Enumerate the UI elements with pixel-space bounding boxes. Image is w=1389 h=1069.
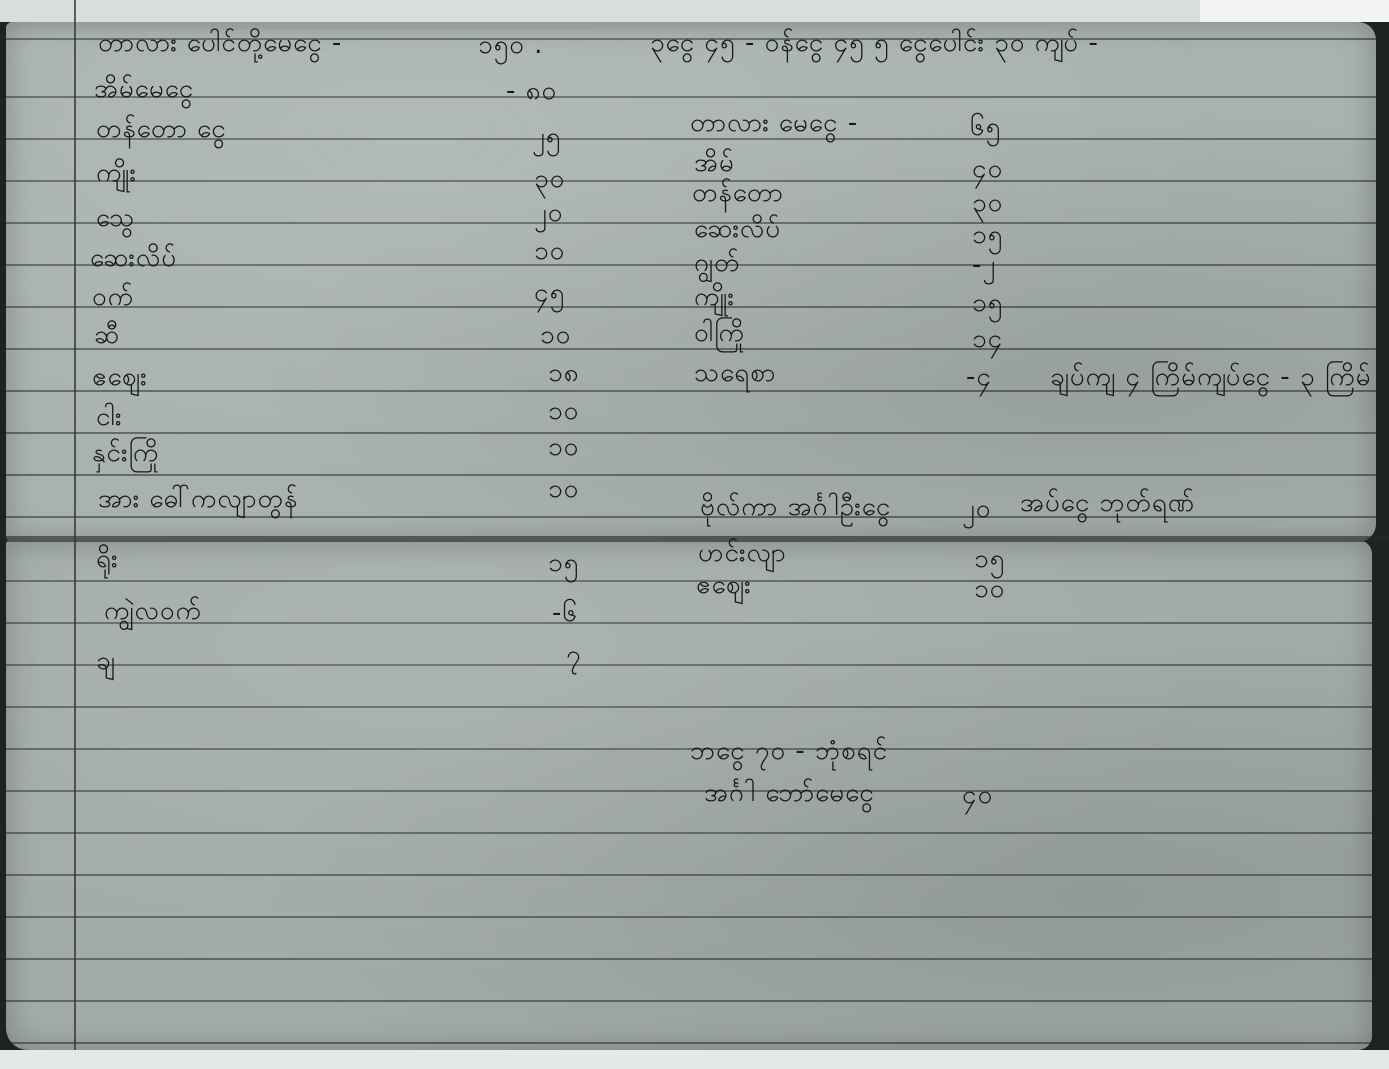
- left-item-amount: ၁၀: [548, 434, 579, 460]
- left-item-amount: ၃၀: [534, 166, 565, 192]
- manuscript-leaf-top: [6, 22, 1376, 542]
- left-item-label: ချ: [96, 648, 116, 674]
- right-lower-item-note: အပ်ငွေ ဘုတ်ရဏ်: [1020, 490, 1195, 516]
- left-item-amount: ၁၈: [548, 360, 579, 386]
- right-item-amount: -၂: [972, 252, 996, 278]
- left-item-amount: ၄၅: [534, 280, 565, 306]
- right-item-amount: ၃၀: [972, 190, 1003, 216]
- right-item-amount: ၁၅: [972, 290, 1003, 316]
- right-item-label: ဝါကြို: [694, 320, 745, 346]
- photo-bottom-edge: [0, 1050, 1389, 1069]
- left-item-amount: ၂၀: [534, 200, 563, 226]
- right-item-label: သရေစာ: [694, 360, 777, 386]
- left-item-amount: ၁၀: [548, 398, 579, 424]
- right-item-label: ဂျွတ်: [694, 250, 740, 276]
- left-item-label: ကျွဲလဝက်: [104, 598, 202, 624]
- margin-rule: [74, 0, 76, 1060]
- left-item-label: ကျိုး: [96, 160, 137, 186]
- left-item-label: သွေ: [96, 205, 135, 231]
- right-lower-item-amount: ၁၅: [974, 546, 1005, 572]
- left-item-label: ဝက်: [92, 284, 134, 310]
- right-item-amount: ၁၅: [972, 222, 1003, 248]
- photo-top-edge-bright: [1200, 0, 1389, 22]
- right-lower-item-label: ဗိုလ်ကာ အင်္ဂါဦးငွေ: [700, 494, 891, 520]
- footer-note-line1: ဘငွေ ၇၀ - ဘုံစရင်: [690, 738, 888, 764]
- left-item-amount: ၁၀: [548, 476, 579, 502]
- header-right-text: ၃ငွေ ၄၅ - ဝန်ငွေ ၄၅ ၅ ငွေပေါင်း ၃၀ ကျပ် …: [650, 30, 1099, 56]
- left-item-label: တန်တော ငွေ: [96, 116, 227, 142]
- right-item-label: ကျိုး: [694, 284, 735, 310]
- right-lower-item-label: ဧဈေး: [696, 572, 752, 598]
- left-item-amount: ၁၅: [548, 550, 579, 576]
- left-item-label: ဆီ: [94, 322, 120, 348]
- photo-top-edge: [0, 0, 1389, 22]
- right-lower-item-label: ဟင်းလျာ: [698, 540, 787, 566]
- left-item-amount: ၁၀: [540, 322, 571, 348]
- right-lower-item-amount: ၂၀: [962, 496, 991, 522]
- right-item-note: ချပ်ကျ ၄ ကြိမ်ကျပ်ငွေ - ၃ ကြိမ်: [1050, 364, 1372, 390]
- left-item-label: ဧဈေး: [92, 364, 148, 390]
- manuscript-leaf-bottom: [6, 540, 1372, 1050]
- right-item-label: အိမ်: [694, 150, 735, 176]
- right-heading-amount: ၆၅: [970, 114, 1001, 140]
- left-item-label: အား ဓေါ်ကလျာတွန်: [98, 486, 298, 512]
- right-lower-item-amount: ၁၀: [974, 576, 1005, 602]
- right-item-amount: ၁၄: [972, 326, 1003, 352]
- left-item-amount: -၆: [552, 600, 578, 626]
- right-heading-label: တာလား မေငွေ -: [690, 110, 858, 136]
- left-item-label: နှင်းကြို: [92, 440, 159, 466]
- header-left-text: တာလား ပေါင်တို့မေငွေ -: [98, 30, 342, 56]
- header-left-amount: ၁၅၀ .: [478, 32, 543, 58]
- right-item-amount: -၄: [966, 364, 992, 390]
- left-item-label: ဆေးလိပ်: [90, 245, 177, 271]
- right-item-label: ဆေးလိပ်: [694, 216, 781, 242]
- left-item-label: ငါး: [96, 404, 123, 430]
- left-item-label: ရိုး: [96, 546, 119, 572]
- left-item-amount: - ၈၀: [506, 78, 557, 104]
- footer-note-amount: ၄၀: [962, 782, 993, 808]
- left-item-amount: ၇: [566, 642, 582, 668]
- footer-note-line2: အင်္ဂါ ဘော်မေငွေ: [704, 780, 875, 806]
- left-item-amount: ၁၀: [534, 238, 565, 264]
- left-item-amount: ၂၅: [532, 124, 561, 150]
- right-item-label: တန်တော: [692, 180, 784, 206]
- left-item-label: အိမ်မေငွေ: [94, 76, 194, 102]
- right-item-amount: ၄၀: [972, 156, 1003, 182]
